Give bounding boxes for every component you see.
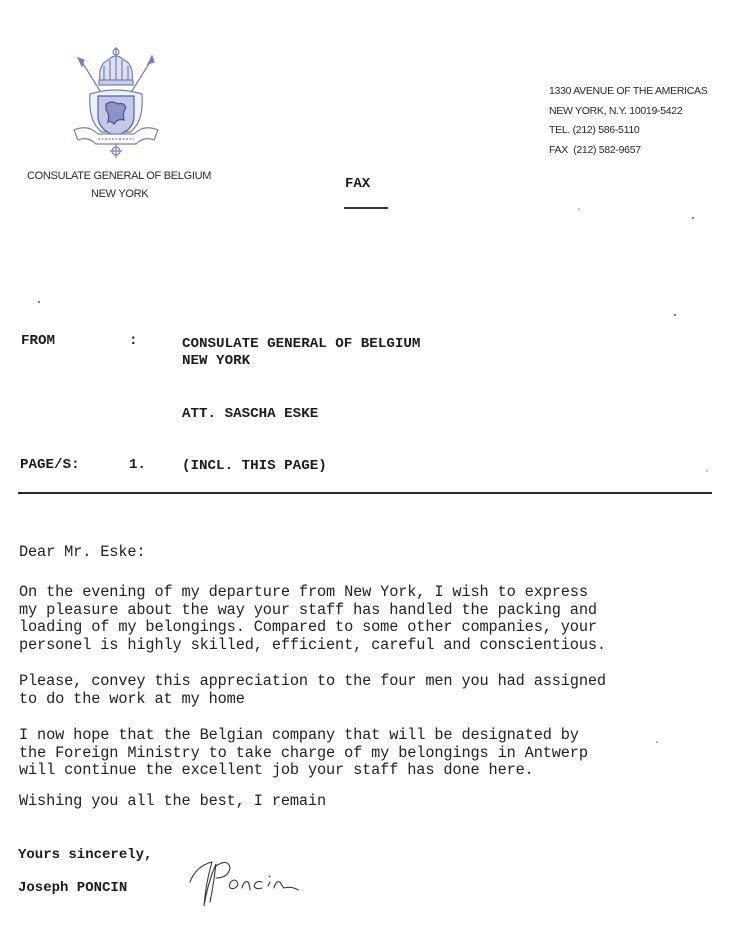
from-label: FROM [21,333,55,349]
closing: Yours sincerely, [18,847,152,863]
from-line: NEW YORK [182,353,250,369]
pages-label: PAGE/S: [20,457,80,473]
organization-city: NEW YORK [91,188,148,200]
scan-speck [692,217,694,219]
header-divider [18,492,712,494]
letter-paragraph: Wishing you all the best, I remain [19,793,326,811]
from-separator: : [129,333,138,349]
letter-paragraph: On the evening of my departure from New … [19,584,606,654]
scan-speck [578,208,580,210]
letterhead-address: 1330 AVENUE OF THE AMERICAS NEW YORK, N.… [549,82,707,160]
address-line: NEW YORK, N.Y. 10019-5422 [549,102,707,122]
signer-name: Joseph PONCIN [18,880,127,896]
letter-paragraph: Please, convey this appreciation to the … [19,673,606,708]
salutation: Dear Mr. Eske: [19,544,145,562]
scan-speck [674,314,676,316]
title-underline [344,207,388,209]
document-type-title: FAX [345,176,370,192]
signature-icon [186,852,316,910]
organization-name: CONSULATE GENERAL OF BELGIUM [27,170,211,182]
attention-line: ATT. SASCHA ESKE [182,406,318,422]
phone-line: TEL. (212) 586-5110 [549,121,707,141]
belgian-coat-of-arms-icon [68,44,164,160]
letter-paragraph: I now hope that the Belgian company that… [19,727,588,780]
scan-speck [706,470,708,472]
pages-value: 1. [129,457,146,473]
from-line: CONSULATE GENERAL OF BELGIUM [182,336,420,352]
fax-line: FAX (212) 582-9657 [549,141,707,161]
scan-speck [38,301,40,303]
pages-note: (INCL. THIS PAGE) [182,458,327,474]
address-line: 1330 AVENUE OF THE AMERICAS [549,82,707,102]
scan-speck [656,741,658,743]
